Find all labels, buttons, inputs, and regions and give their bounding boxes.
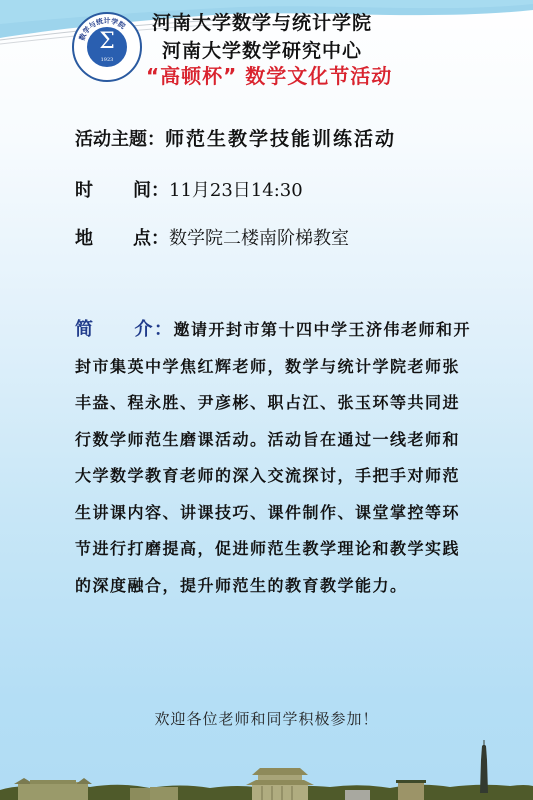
place-label-a: 地	[75, 228, 93, 249]
event-series-title: “高顿杯” 数学文化节活动	[146, 60, 392, 89]
time-label-a: 时	[75, 180, 93, 201]
sigma-emblem-icon: Σ 1923	[85, 25, 129, 69]
research-center-title: 河南大学数学研究中心	[162, 36, 362, 63]
logo-year: 1923	[87, 57, 127, 63]
place-value: 数学院二楼南阶梯教室	[169, 228, 349, 249]
intro-text: 邀请开封市第十四中学王济伟老师和开封市集英中学焦红辉老师，数学与统计学院老师张丰…	[75, 320, 471, 595]
intro-label-b: 介：	[135, 319, 174, 340]
time-row: 时间：11月23日14:30	[75, 176, 303, 202]
time-value: 11月23日14:30	[169, 180, 303, 201]
school-logo: 数学与统计学院 Σ 1923	[72, 12, 142, 82]
logo-sigma: Σ	[99, 29, 115, 54]
invitation-text: 欢迎各位老师和同学积极参加！	[0, 708, 533, 729]
intro-label-a: 简	[75, 319, 95, 340]
campus-skyline-image	[0, 730, 533, 800]
theme-row: 活动主题：师范生教学技能训练活动	[75, 124, 396, 151]
theme-value: 师范生教学技能训练活动	[165, 128, 396, 150]
place-label-b: 点：	[133, 228, 169, 249]
time-label-b: 间：	[133, 180, 169, 201]
theme-label: 活动主题：	[75, 129, 165, 150]
poster-header: 数学与统计学院 Σ 1923 河南大学数学与统计学院 河南大学数学研究中心 “高…	[0, 0, 533, 100]
intro-label: 简介：	[75, 319, 174, 340]
college-title: 河南大学数学与统计学院	[152, 8, 372, 35]
place-row: 地点：数学院二楼南阶梯教室	[75, 224, 349, 250]
intro-paragraph: 简介：邀请开封市第十四中学王济伟老师和开封市集英中学焦红辉老师，数学与统计学院老…	[75, 312, 475, 604]
